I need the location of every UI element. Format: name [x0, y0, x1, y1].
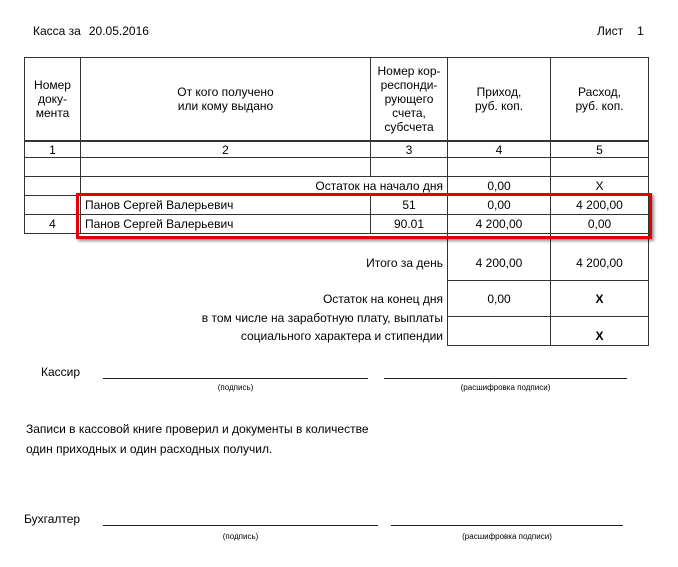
header-line: От кого получено [177, 85, 273, 99]
col-number-1: 1 [25, 142, 80, 157]
row-divider [447, 280, 649, 281]
day-total-income: 4 200,00 [448, 253, 550, 273]
accountant-label: Бухгалтер [24, 512, 80, 526]
header-line: или кому выдано [177, 99, 273, 113]
verification-note-line1: Записи в кассовой книге проверил и докум… [26, 419, 369, 439]
title-label: Касса за [33, 24, 81, 38]
col-number-3: 3 [371, 142, 447, 157]
accountant-signature-line[interactable] [103, 525, 378, 526]
header-line: респонди- [378, 78, 441, 92]
header-line: рующего [378, 92, 441, 106]
header-line: Номер кор- [378, 64, 441, 78]
cashbook-title: Касса за20.05.2016 [33, 24, 149, 38]
col-header-income: Приход, руб. коп. [448, 58, 550, 140]
salary-expense: X [551, 327, 648, 345]
header-line: Номер [34, 78, 71, 92]
header-line: мента [34, 106, 71, 120]
cashier-signature-line[interactable] [103, 378, 368, 379]
col-header-account: Номер кор- респонди- рующего счета, субс… [371, 58, 447, 140]
row-divider [447, 316, 649, 317]
row-divider [24, 157, 649, 158]
cashier-decryption-line[interactable] [384, 378, 627, 379]
header-line: руб. коп. [475, 99, 523, 113]
row-doc-number: 4 [25, 215, 80, 233]
sheet-number: 1 [637, 24, 644, 38]
header-line: Расход, [575, 85, 623, 99]
header-line: Приход, [475, 85, 523, 99]
cashbook-date: 20.05.2016 [89, 24, 149, 38]
cashier-label: Кассир [41, 365, 80, 379]
salary-label-line2: социального характера и стипендии [100, 327, 447, 345]
accountant-signature-caption: (подпись) [103, 532, 378, 541]
sheet-indicator: Лист1 [597, 24, 644, 38]
row-doc-number [25, 196, 80, 214]
salary-label-line1: в том числе на заработную плату, выплаты [100, 309, 447, 327]
closing-balance-income: 0,00 [448, 289, 550, 309]
verification-note: Записи в кассовой книге проверил и докум… [26, 419, 369, 459]
accountant-decryption-caption: (расшифровка подписи) [391, 532, 623, 541]
accountant-decryption-line[interactable] [391, 525, 623, 526]
header-line: руб. коп. [575, 99, 623, 113]
header-line: субсчета [378, 120, 441, 134]
sheet-label: Лист [597, 24, 623, 38]
day-total-expense: 4 200,00 [551, 253, 648, 273]
highlight-box [76, 193, 652, 239]
verification-note-line2: один приходных и один расходных получил. [26, 439, 369, 459]
day-total-label: Итого за день [200, 253, 447, 273]
salary-income [448, 327, 550, 345]
col-number-4: 4 [448, 142, 550, 157]
header-line: счета, [378, 106, 441, 120]
cashier-signature-caption: (подпись) [103, 383, 368, 392]
closing-balance-expense: X [551, 289, 648, 309]
col-number-2: 2 [81, 142, 370, 157]
cashier-decryption-caption: (расшифровка подписи) [384, 383, 627, 392]
col-header-expense: Расход, руб. коп. [551, 58, 648, 140]
col-header-doc-number: Номер доку- мента [25, 58, 80, 140]
table-border-bottom [447, 345, 649, 346]
col-header-counterparty: От кого получено или кому выдано [81, 58, 370, 140]
header-line: доку- [34, 92, 71, 106]
col-number-5: 5 [551, 142, 648, 157]
closing-balance-label: Остаток на конец дня [200, 289, 447, 309]
